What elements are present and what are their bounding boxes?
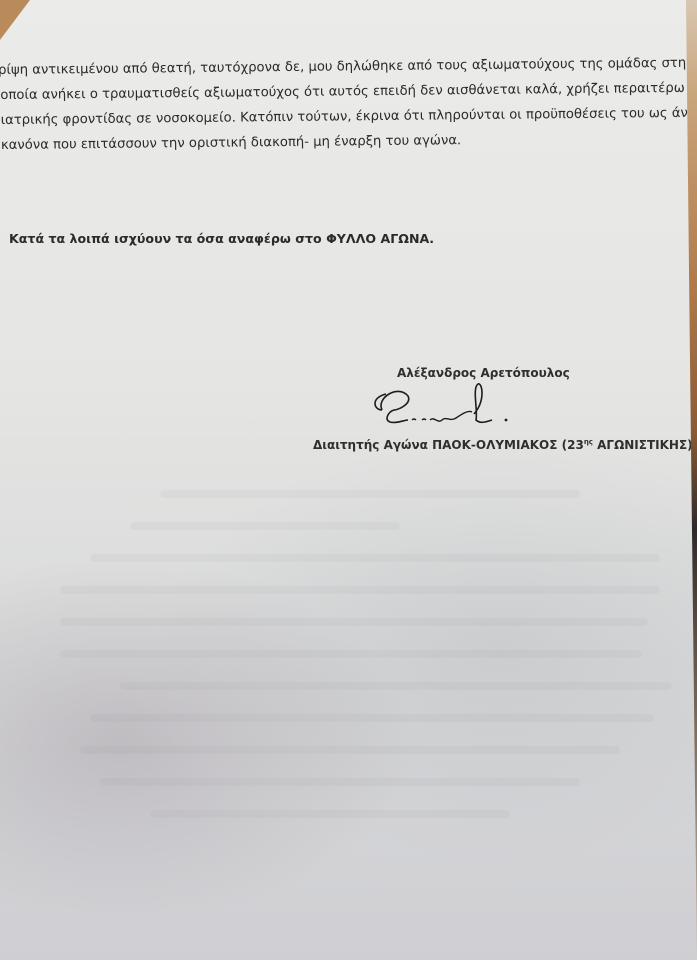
closing-statement: Κατά τα λοιπά ισχύουν τα όσα αναφέρω στο… [9, 231, 434, 246]
body-paragraph: ρίψη αντικειμένου από θεατή, ταυτόχρονα … [0, 51, 661, 158]
signer-name: Αλέξανδρος Αρετόπουλος [397, 366, 570, 380]
show-through-text-from-reverse [60, 490, 660, 842]
handwritten-signature [368, 380, 518, 430]
signer-role: Διαιτητής Αγώνα ΠΑΟΚ-ΟΛΥΜΙΑΚΟΣ (23ης ΑΓΩ… [313, 438, 693, 452]
folded-corner [0, 0, 34, 44]
document-page: ρίψη αντικειμένου από θεατή, ταυτόχρονα … [0, 0, 697, 960]
